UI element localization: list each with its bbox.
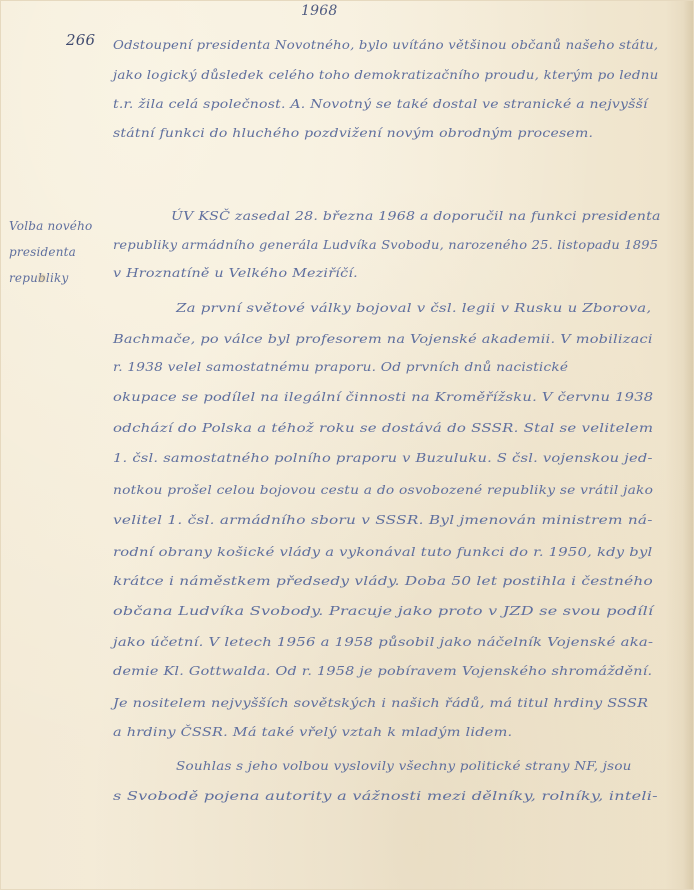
handwritten-line: v Hroznatíně u Velkého Meziříčí. [113, 263, 358, 283]
page-edge-shadow [683, 1, 693, 889]
handwritten-line: Odstoupení presidenta Novotného, bylo uv… [113, 35, 658, 55]
handwritten-line: notkou prošel celou bojovou cestu a do o… [113, 480, 653, 500]
handwritten-line: krátce i náměstkem předsedy vlády. Doba … [113, 571, 653, 591]
margin-note-line: republiky [9, 265, 92, 291]
handwritten-line: rodní obrany košické vlády a vykonával t… [113, 542, 652, 562]
chronicle-page: 1968 266 Volba nového presidenta republi… [0, 0, 694, 890]
handwritten-line: demie Kl. Gottwalda. Od r. 1958 je pobír… [113, 661, 652, 681]
handwritten-line: republiky armádního generála Ludvíka Svo… [113, 235, 658, 255]
handwritten-line: 1. čsl. samostatného polního praporu v B… [113, 448, 653, 468]
handwritten-line: státní funkci do hluchého pozdvižení nov… [113, 123, 593, 143]
page-number: 266 [66, 31, 95, 49]
year-heading: 1968 [301, 3, 337, 19]
paper-stain [35, 273, 49, 283]
handwritten-line: odchází do Polska a téhož roku se dostáv… [113, 418, 653, 438]
handwritten-line: t.r. žila celá společnost. A. Novotný se… [113, 94, 648, 114]
handwritten-line: jako logický důsledek celého toho demokr… [113, 65, 658, 85]
handwritten-line: jako účetní. V letech 1956 a 1958 působi… [113, 632, 653, 652]
handwritten-line: okupace se podílel na ilegální činnosti … [113, 387, 653, 407]
handwritten-line: Za první světové války bojoval v čsl. le… [176, 298, 651, 318]
handwritten-line: občana Ludvíka Svobody. Pracuje jako pro… [113, 601, 653, 621]
handwritten-line: Je nositelem nejvyšších sovětských i naš… [113, 693, 648, 713]
margin-note-line: presidenta [9, 239, 92, 265]
handwritten-line: Bachmače, po válce byl profesorem na Voj… [113, 329, 653, 349]
handwritten-line: Souhlas s jeho volbou vyslovily všechny … [176, 756, 632, 776]
margin-note: Volba nového presidenta republiky [9, 213, 92, 291]
margin-note-line: Volba nového [9, 213, 92, 239]
handwritten-line: s Svobodě pojena autority a vážnosti mez… [113, 786, 658, 806]
handwritten-line: velitel 1. čsl. armádního sboru v SSSR. … [113, 510, 653, 530]
handwritten-line: r. 1938 velel samostatnému praporu. Od p… [113, 357, 568, 377]
handwritten-line: ÚV KSČ zasedal 28. března 1968 a doporuč… [171, 206, 661, 226]
handwritten-line: a hrdiny ČSSR. Má také vřelý vztah k mla… [113, 722, 512, 742]
